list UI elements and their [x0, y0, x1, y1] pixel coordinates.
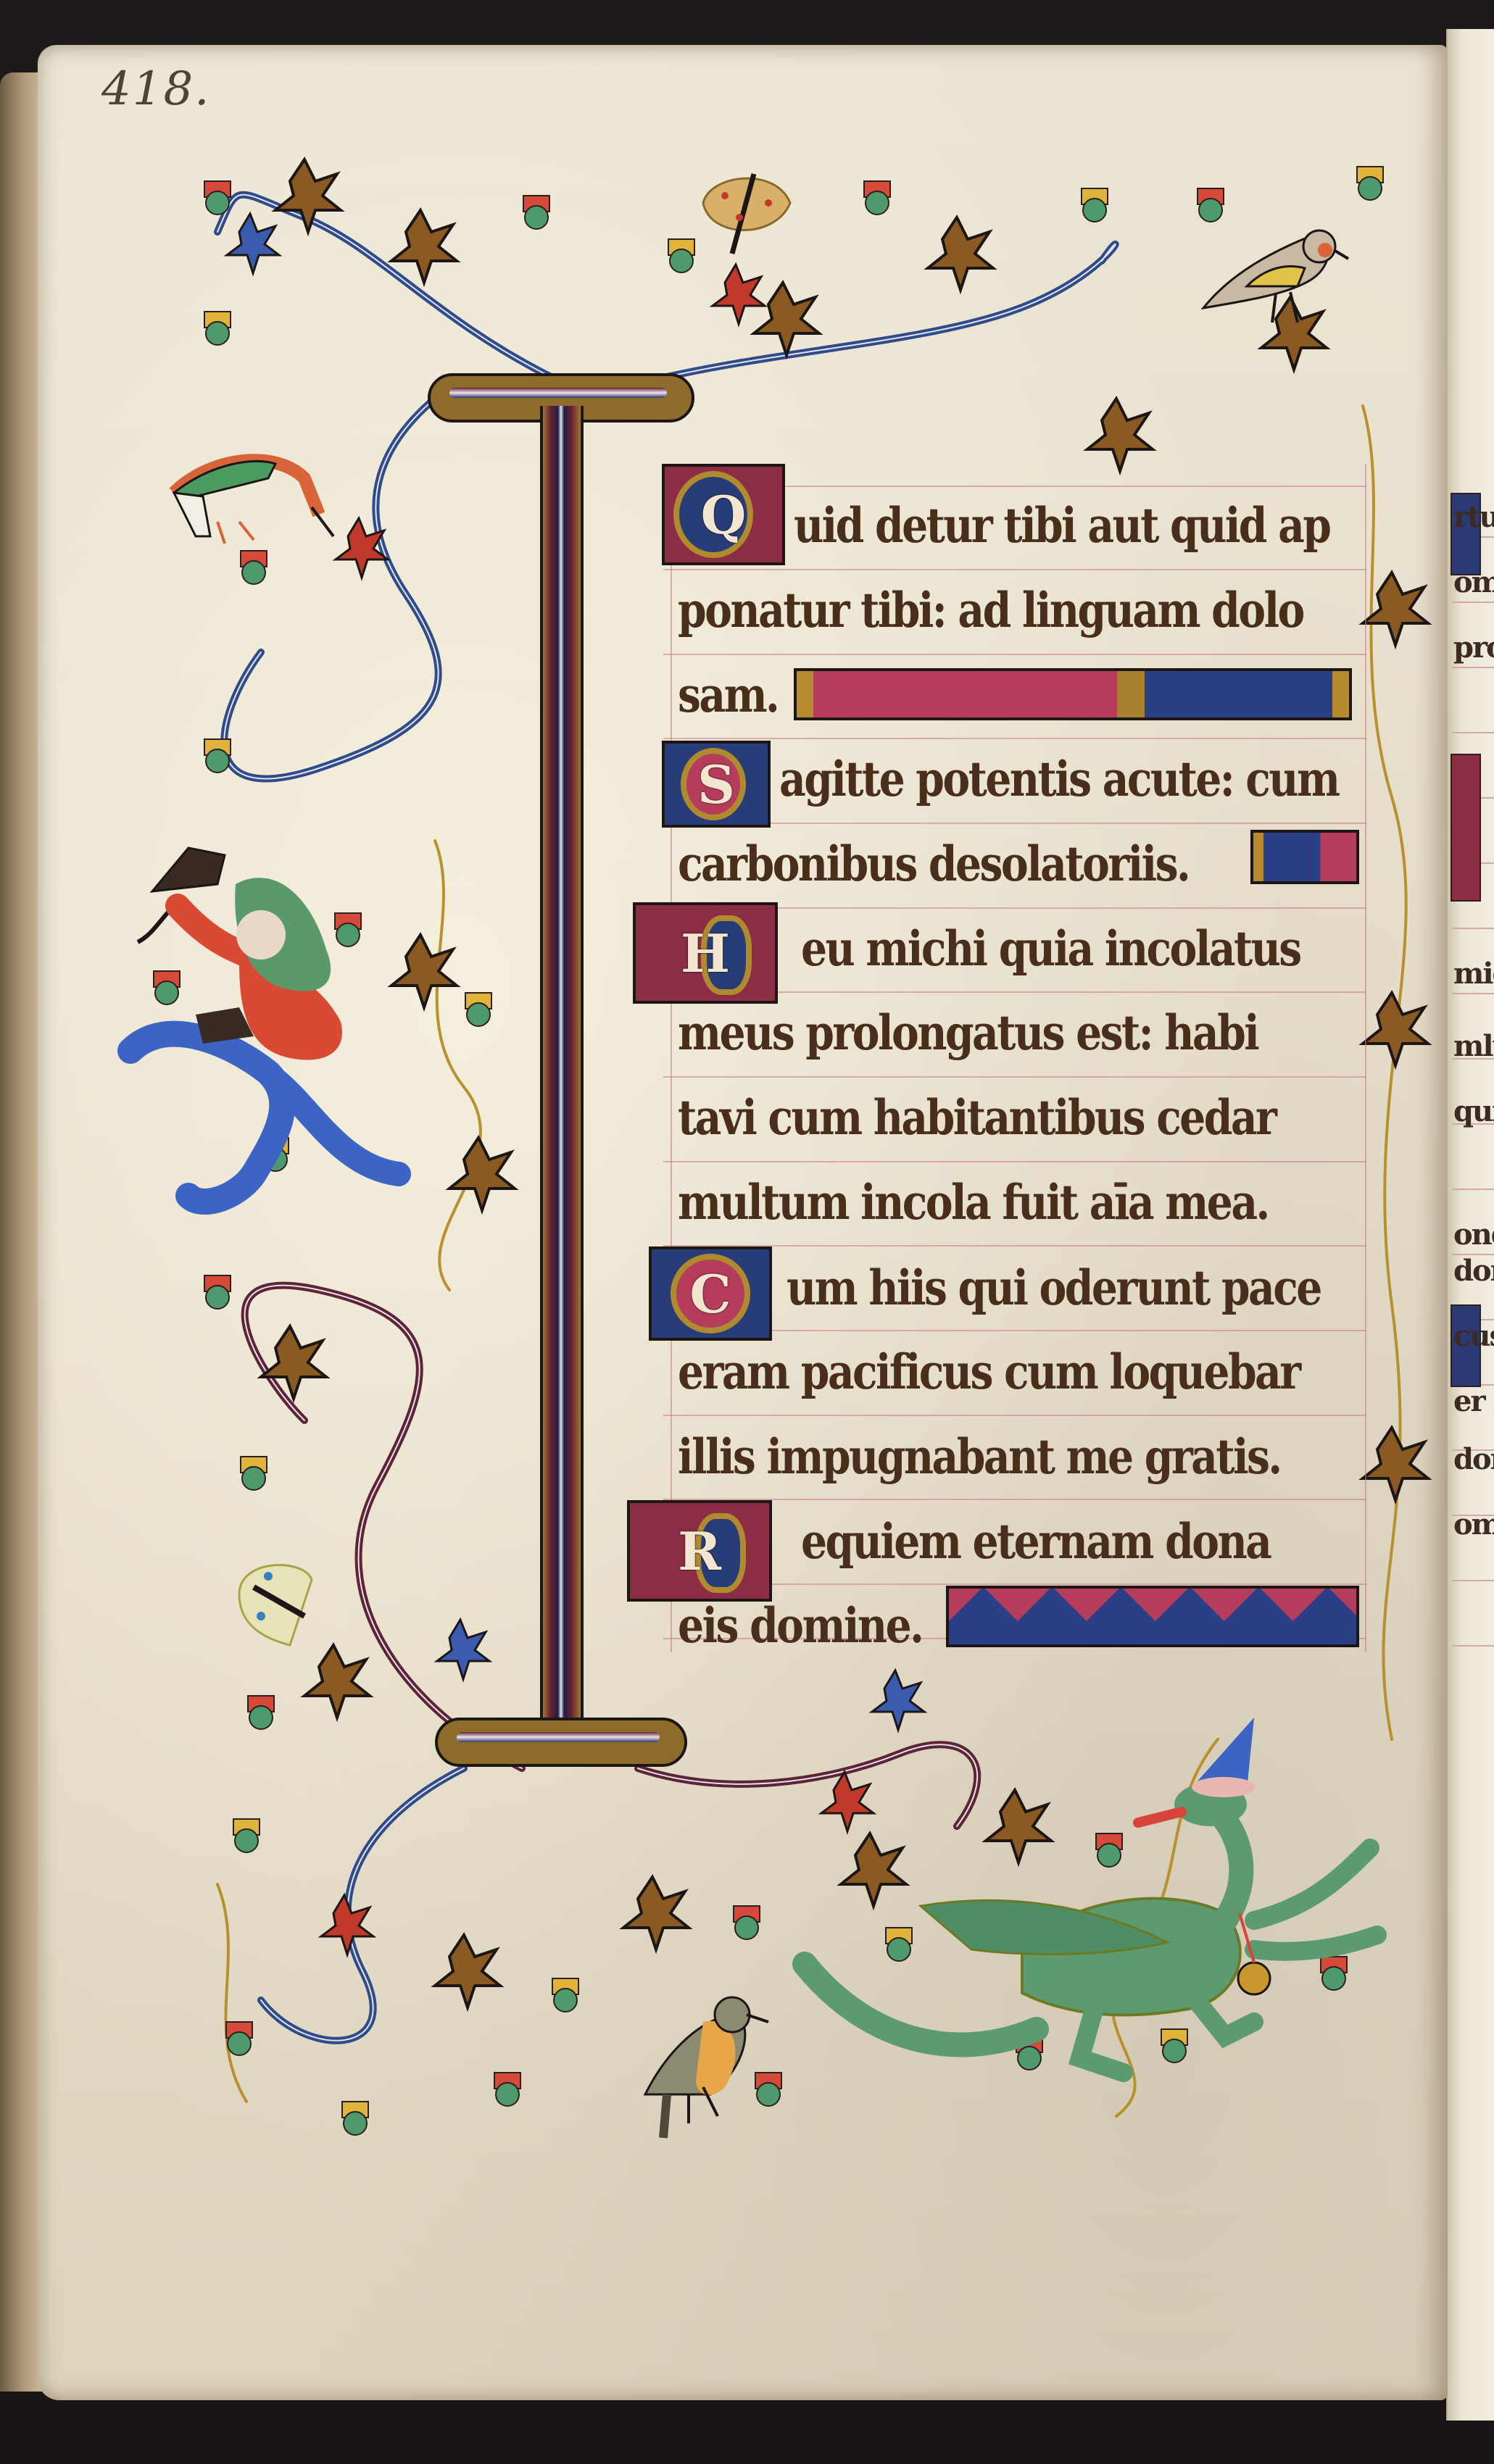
text-line: carbonibus desolatoriis.	[678, 824, 1189, 904]
text-line: eram pacificus cum loquebar	[678, 1332, 1300, 1412]
initial-h: H	[633, 902, 778, 1004]
text-line: sam.	[678, 655, 778, 735]
text-line: meus prolongatus est: habi	[678, 993, 1258, 1073]
goldfinch-figure	[1189, 207, 1348, 322]
line-filler-triangle-band	[946, 1586, 1359, 1647]
text-line: tavi cum habitantibus cedar	[678, 1078, 1275, 1157]
initial-s: S	[662, 741, 771, 828]
butterfly-figure	[696, 174, 797, 261]
line-filler-small-block	[1250, 830, 1359, 884]
text-line: uid detur tibi aut quid ap	[794, 486, 1329, 565]
text-line: illis impugnabant me gratis.	[678, 1417, 1281, 1497]
small-butterfly-figure	[232, 1551, 319, 1638]
manuscript-photograph: rtuce omme prolongatus michi. mlui qui f…	[0, 0, 1494, 2464]
text-line: um hiis qui oderunt pace	[787, 1248, 1321, 1328]
large-initial-bottom	[435, 1718, 687, 1767]
songbird-figure	[623, 1971, 768, 2145]
text-block: Q uid detur tibi aut quid ap ponatur tib…	[671, 464, 1359, 1652]
text-line: eis domine.	[678, 1586, 922, 1665]
initial-c: C	[649, 1246, 772, 1341]
large-initial-arm	[457, 1732, 660, 1742]
text-line: agitte potentis acute: cum	[779, 739, 1338, 819]
dragon-figure	[790, 1732, 1443, 2094]
initial-q: Q	[662, 464, 785, 565]
large-initial-arm	[449, 388, 667, 398]
line-filler-red-blue-bar	[794, 668, 1352, 720]
large-initial-i	[540, 406, 584, 1754]
hooded-jester-hybrid-figure	[109, 833, 435, 1239]
text-line: ponatur tibi: ad linguam dolo	[678, 570, 1303, 650]
woodpecker-figure	[167, 435, 341, 558]
text-line: multum incola fuit aīa mea.	[678, 1162, 1269, 1242]
text-line: equiem eternam dona	[801, 1502, 1270, 1581]
text-line: eu michi quia incolatus	[801, 909, 1300, 988]
